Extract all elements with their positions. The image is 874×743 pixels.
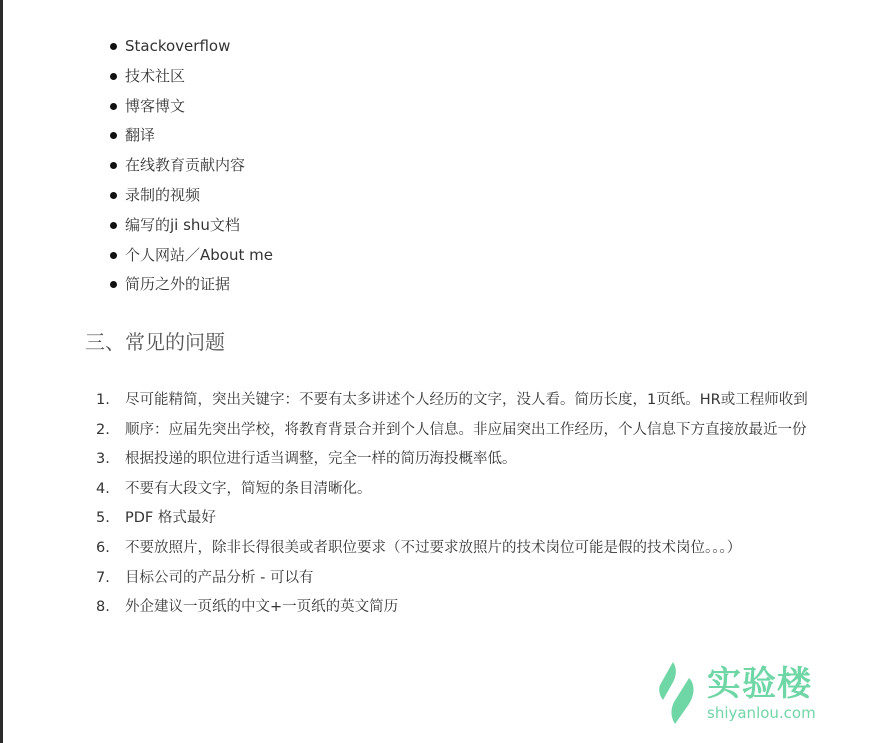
list-number: 3. xyxy=(96,447,125,477)
list-item-text: 博客博文 xyxy=(125,97,185,115)
list-item: 4.不要有大段文字，简短的条目清晰化。 xyxy=(96,477,874,507)
watermark-domain: shiyanlou.com xyxy=(707,704,816,722)
list-item: 编写的ji shu文档 xyxy=(110,213,273,243)
list-number: 5. xyxy=(96,506,125,536)
list-number: 2. xyxy=(96,418,125,448)
list-item-text: 不要有大段文字，简短的条目清晰化。 xyxy=(125,477,372,507)
list-item-text: 目标公司的产品分析 - 可以有 xyxy=(125,566,313,596)
list-item-text: 在线教育贡献内容 xyxy=(125,156,245,174)
list-number: 8. xyxy=(96,595,125,625)
list-item-text: 不要放照片，除非长得很美或者职位要求（不过要求放照片的技术岗位可能是假的技术岗位… xyxy=(125,536,741,566)
list-item: 2.顺序：应届先突出学校，将教育背景合并到个人信息。非应届突出工作经历，个人信息… xyxy=(96,418,874,448)
list-number: 4. xyxy=(96,477,125,507)
list-item-text: Stackoverflow xyxy=(125,37,230,55)
list-item: 简历之外的证据 xyxy=(110,272,273,302)
list-number: 1. xyxy=(96,388,125,418)
bullet-icon xyxy=(110,281,117,288)
list-item-text: 技术社区 xyxy=(125,67,185,85)
list-item-text: PDF 格式最好 xyxy=(125,506,216,536)
list-item: 博客博文 xyxy=(110,94,273,124)
list-item: 技术社区 xyxy=(110,64,273,94)
list-number: 6. xyxy=(96,536,125,566)
bullet-icon xyxy=(110,73,117,80)
list-item-text: 外企建议一页纸的中文+一页纸的英文简历 xyxy=(125,595,398,625)
list-item: 录制的视频 xyxy=(110,183,273,213)
list-item-text: 简历之外的证据 xyxy=(125,275,230,293)
list-item-text: 根据投递的职位进行适当调整，完全一样的简历海投概率低。 xyxy=(125,447,517,477)
list-item: 翻译 xyxy=(110,123,273,153)
bullet-icon xyxy=(110,162,117,169)
list-item: 7.目标公司的产品分析 - 可以有 xyxy=(96,566,874,596)
list-item-text: 编写的ji shu文档 xyxy=(125,216,240,234)
list-item: 6.不要放照片，除非长得很美或者职位要求（不过要求放照片的技术岗位可能是假的技术… xyxy=(96,536,874,566)
bullet-icon xyxy=(110,252,117,259)
bullet-icon xyxy=(110,132,117,139)
watermark-brand-name: 实验楼 xyxy=(707,664,812,704)
section-heading: 三、常见的问题 xyxy=(85,328,225,356)
list-item: 8.外企建议一页纸的中文+一页纸的英文简历 xyxy=(96,595,874,625)
bullet-icon xyxy=(110,103,117,110)
list-item-text: 翻译 xyxy=(125,126,155,144)
list-item: 个人网站／About me xyxy=(110,243,273,273)
bullet-icon xyxy=(110,222,117,229)
list-item: 1.尽可能精简，突出关键字：不要有太多讲述个人经历的文字，没人看。简历长度，1页… xyxy=(96,388,874,418)
list-item-text: 尽可能精简，突出关键字：不要有太多讲述个人经历的文字，没人看。简历长度，1页纸。… xyxy=(125,388,808,418)
faq-ordered-list: 1.尽可能精简，突出关键字：不要有太多讲述个人经历的文字，没人看。简历长度，1页… xyxy=(96,388,874,625)
list-item: 5.PDF 格式最好 xyxy=(96,506,874,536)
list-item: 3.根据投递的职位进行适当调整，完全一样的简历海投概率低。 xyxy=(96,447,874,477)
bullet-icon xyxy=(110,43,117,50)
shiyanlou-leaf-logo-icon xyxy=(655,660,701,726)
shiyanlou-watermark: 实验楼 shiyanlou.com xyxy=(655,658,830,728)
window-left-border xyxy=(0,0,3,743)
list-item-text: 个人网站／About me xyxy=(125,246,273,264)
list-item: 在线教育贡献内容 xyxy=(110,153,273,183)
evidence-bullet-list: Stackoverflow 技术社区 博客博文 翻译 在线教育贡献内容 录制的视… xyxy=(110,34,273,302)
list-item-text: 录制的视频 xyxy=(125,186,200,204)
list-number: 7. xyxy=(96,566,125,596)
bullet-icon xyxy=(110,192,117,199)
list-item: Stackoverflow xyxy=(110,34,273,64)
list-item-text: 顺序：应届先突出学校，将教育背景合并到个人信息。非应届突出工作经历，个人信息下方… xyxy=(125,418,807,448)
